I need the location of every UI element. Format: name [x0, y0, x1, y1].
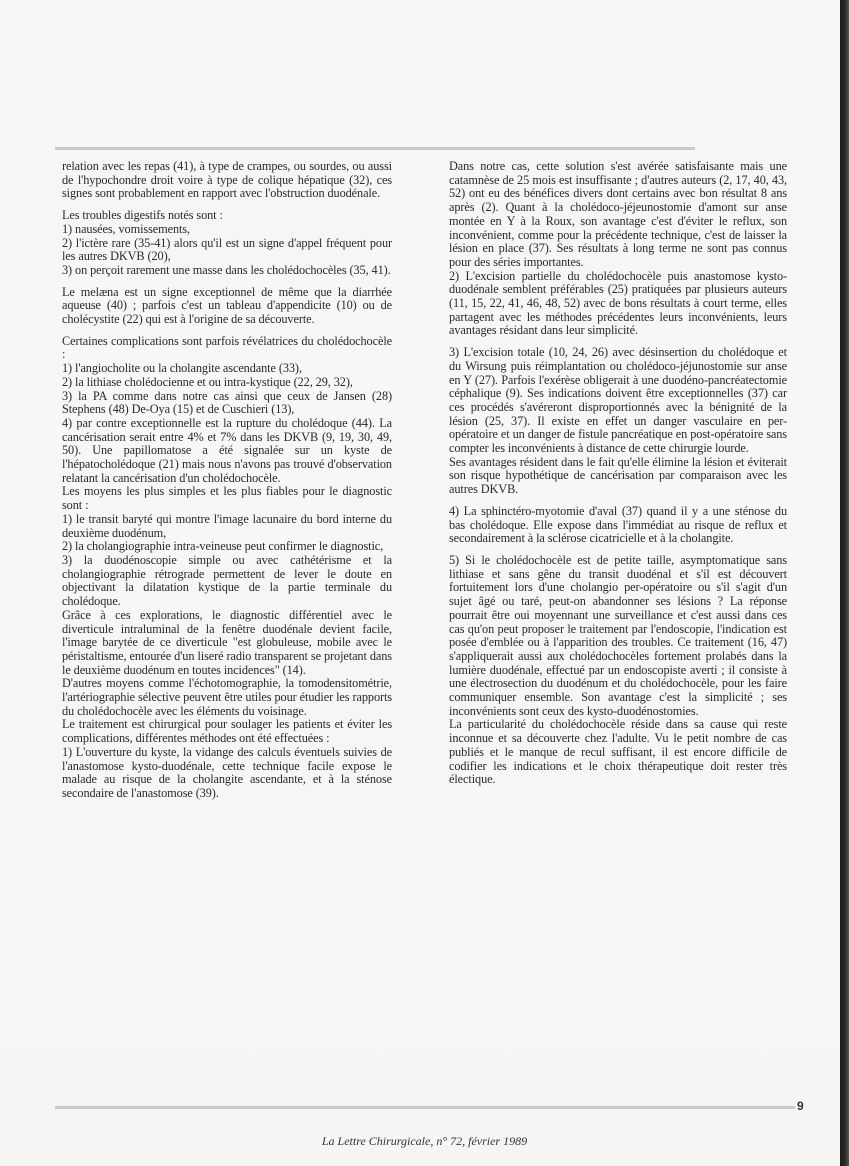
- paragraph: Les moyens les plus simples et les plus …: [62, 485, 392, 608]
- paragraph: Certaines complications sont parfois rév…: [62, 335, 392, 486]
- paragraph: 4) La sphinctéro-myotomie d'aval (37) qu…: [449, 505, 787, 546]
- paragraph: D'autres moyens comme l'échotomographie,…: [62, 677, 392, 718]
- paragraph: Dans notre cas, cette solution s'est avé…: [449, 160, 787, 270]
- scanned-page: relation avec les repas (41), à type de …: [0, 0, 840, 1166]
- left-column: relation avec les repas (41), à type de …: [62, 160, 392, 801]
- paragraph: 2) L'excision partielle du cholédochocèl…: [449, 270, 787, 339]
- bottom-rule: [55, 1106, 795, 1109]
- paragraph: Grâce à ces explorations, le diagnostic …: [62, 609, 392, 678]
- paragraph: Ses avantages résident dans le fait qu'e…: [449, 456, 787, 497]
- paragraph: relation avec les repas (41), à type de …: [62, 160, 392, 201]
- paragraph: Le traitement est chirurgical pour soula…: [62, 718, 392, 800]
- paragraph: 5) Si le cholédochocèle est de petite ta…: [449, 554, 787, 718]
- scan-edge-border: [840, 0, 849, 1166]
- right-column: Dans notre cas, cette solution s'est avé…: [449, 160, 787, 787]
- top-rule: [55, 147, 695, 150]
- page-number: 9: [797, 1099, 804, 1113]
- paragraph: La particularité du cholédochocèle résid…: [449, 718, 787, 787]
- paragraph: Les troubles digestifs notés sont : 1) n…: [62, 209, 392, 278]
- paragraph: 3) L'excision totale (10, 24, 26) avec d…: [449, 346, 787, 456]
- paragraph: Le melæna est un signe exceptionnel de m…: [62, 286, 392, 327]
- journal-footer: La Lettre Chirurgicale, n° 72, février 1…: [0, 1134, 849, 1149]
